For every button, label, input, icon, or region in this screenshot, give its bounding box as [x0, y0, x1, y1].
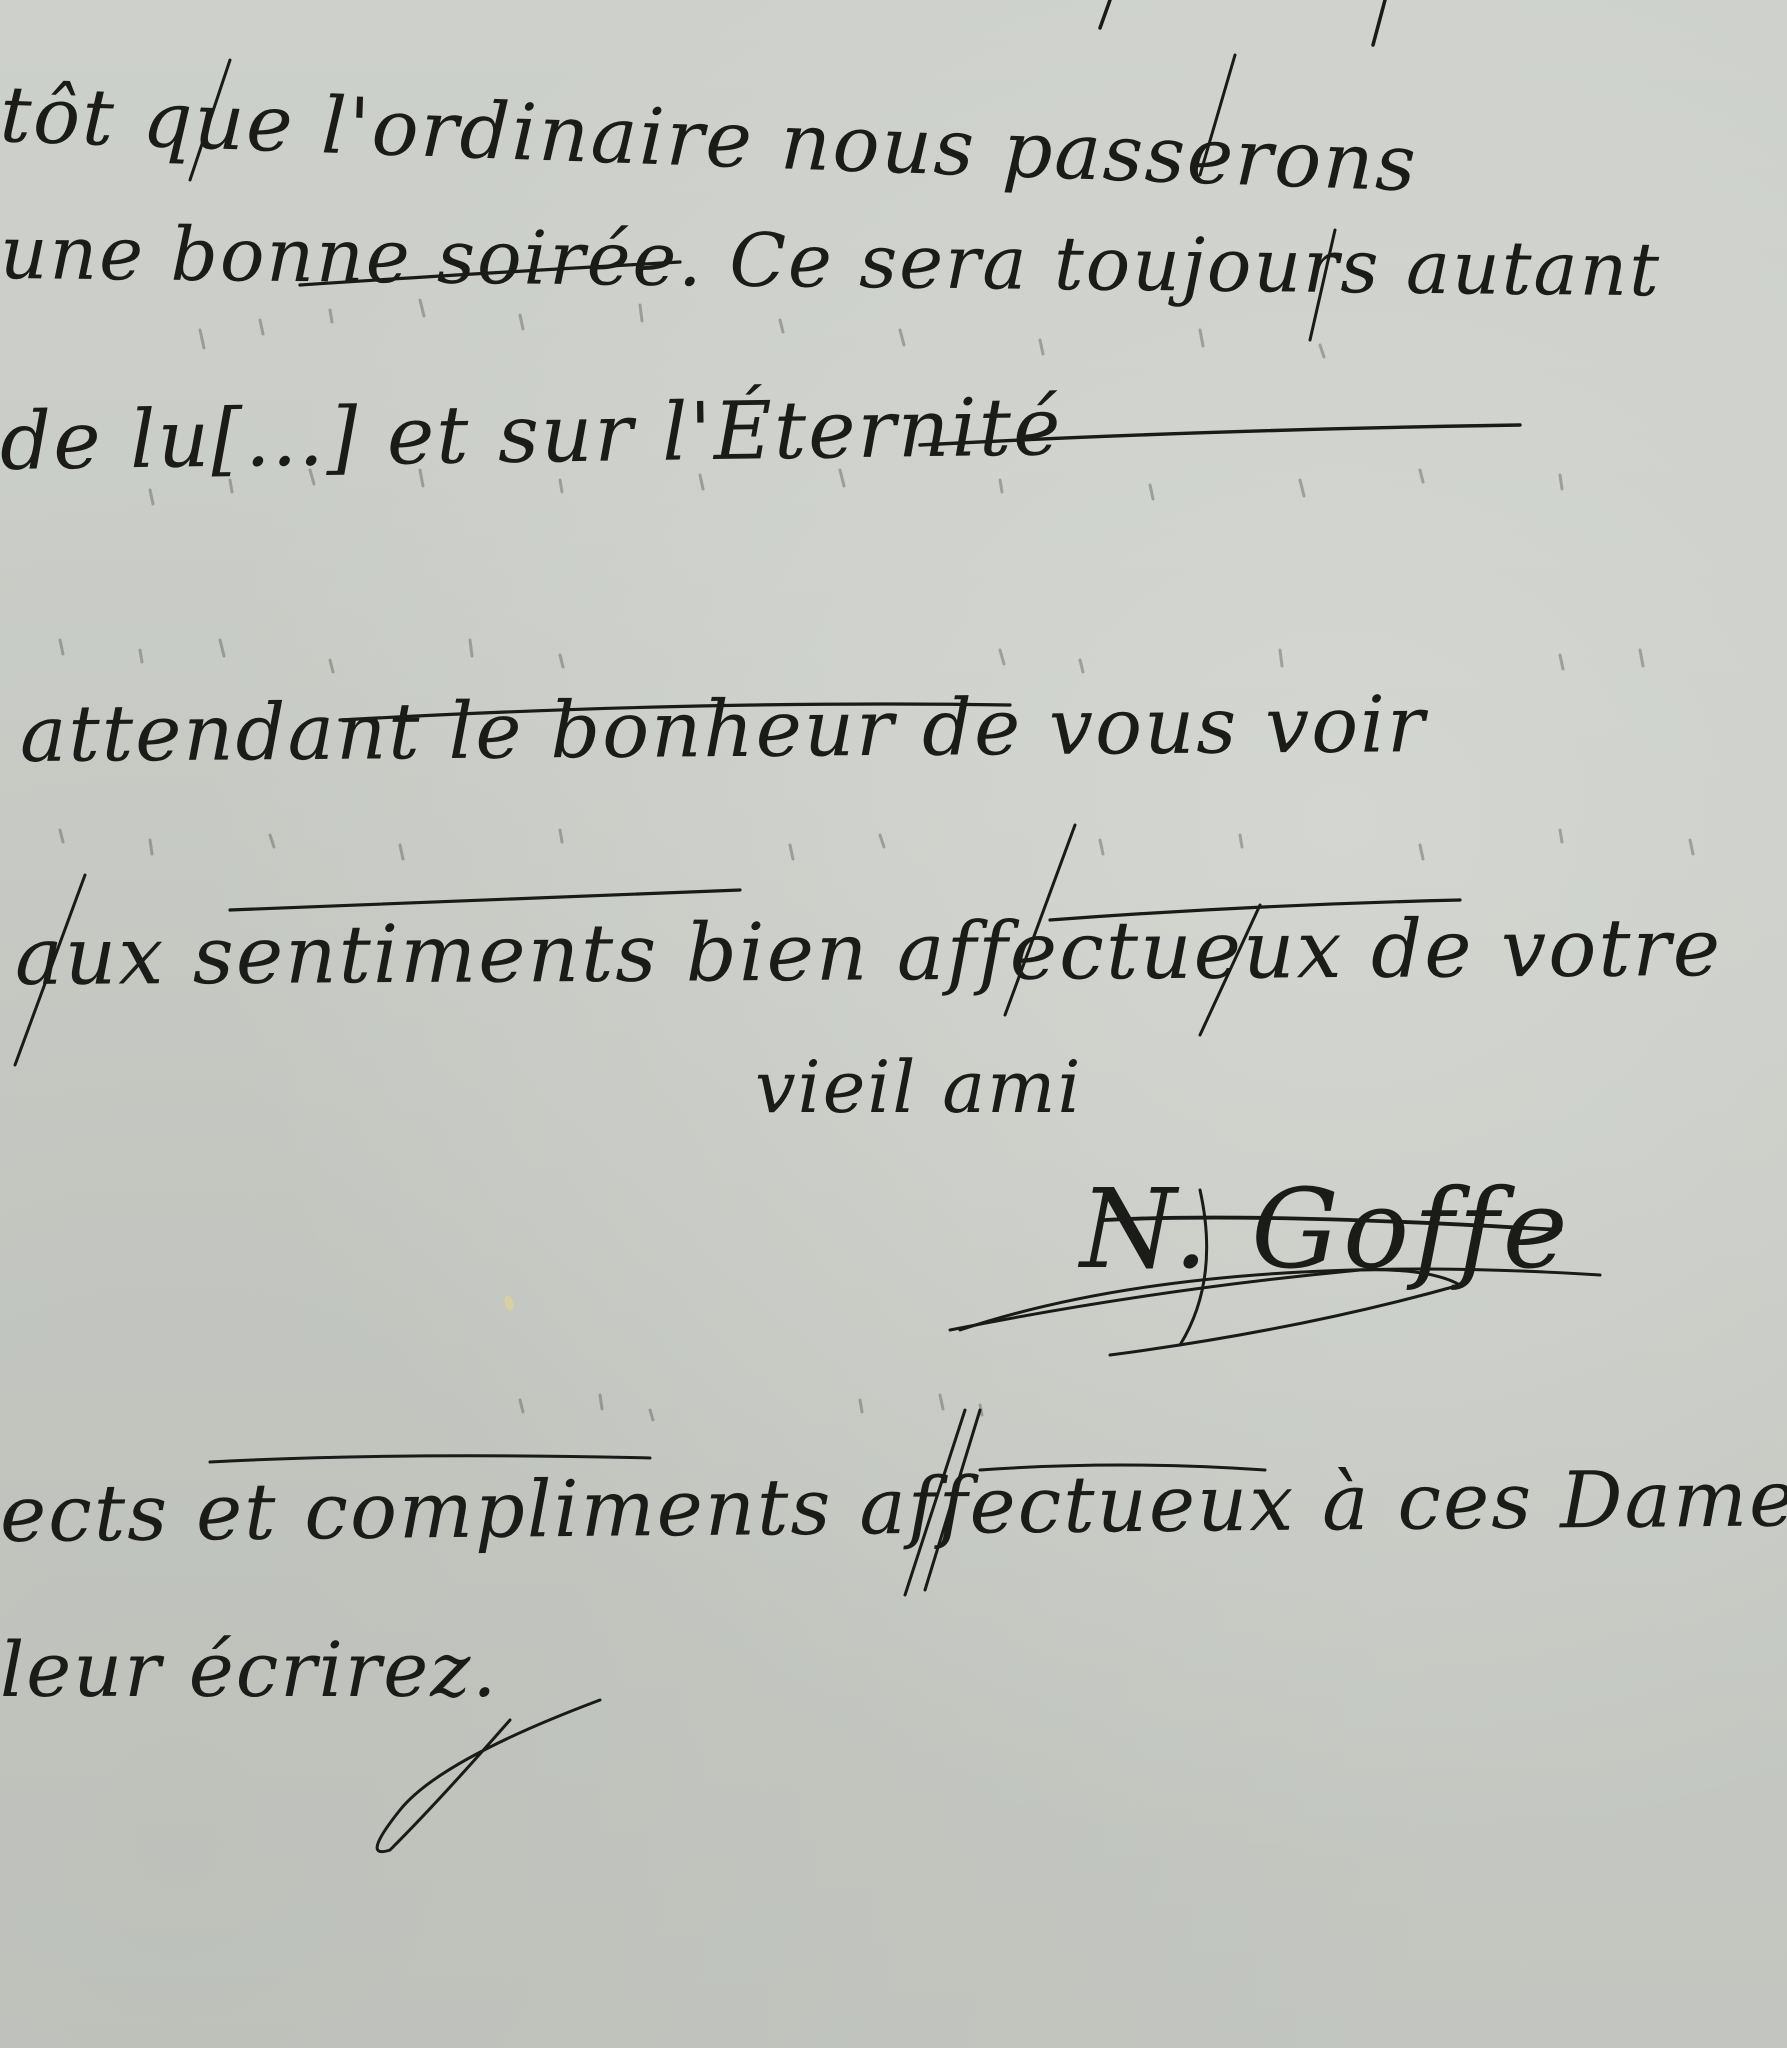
letter-line-5: aux sentiments bien affectueux de votre	[15, 901, 1723, 1003]
signature: N. Goffe	[1080, 1165, 1572, 1293]
postscript-line-1: ects et compliments affectueux à ces Dam…	[0, 1454, 1787, 1560]
t-cross-stroke	[210, 1456, 650, 1462]
postscript-line-2: leur écrirez.	[0, 1625, 498, 1714]
descender-loop	[377, 1700, 600, 1852]
letter-line-4: attendant le bonheur de vous voir	[20, 680, 1427, 780]
ascender-stroke	[1373, 0, 1385, 45]
ascender-stroke	[1100, 0, 1110, 28]
closing-line: vieil ami	[755, 1045, 1082, 1129]
letter-line-2: une bonne soirée. Ce sera toujours autan…	[0, 210, 1661, 313]
letter-line-3: de lu[…] et sur l'Éternité	[0, 380, 1063, 488]
